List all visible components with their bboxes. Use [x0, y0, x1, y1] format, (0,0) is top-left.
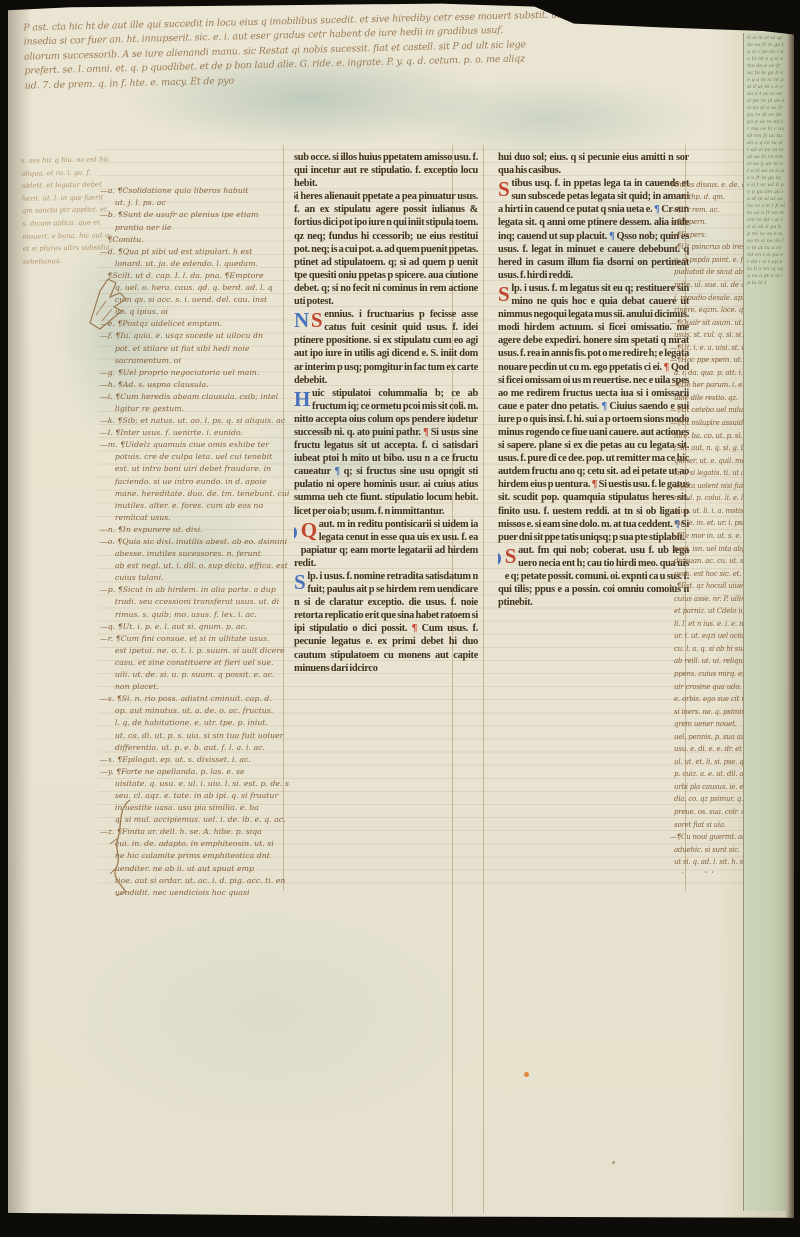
- gloss-line: est ipetui. ne. o. t. i. p. suum. si uul…: [100, 645, 290, 657]
- gloss-line: —q. ¶Ut. i. p. e. l. aut si. qnum. p. ac…: [100, 621, 290, 633]
- farleft-faded-note: s. ses hic q hia. no est hicaliqua. et r…: [21, 153, 111, 268]
- text-segment: N: [294, 308, 311, 332]
- text-paragraph: Ulp. Si usus. f. nomine retradita satisd…: [294, 570, 478, 675]
- manicula-icon: [86, 271, 136, 341]
- manicula-bracket-icon: [108, 798, 144, 898]
- text-paragraph: Stibus usq. f. in ppetas lega ta in caue…: [498, 177, 689, 282]
- gloss-line: op. aut minutus. ut. a. de. o. ac. fruct…: [100, 705, 290, 717]
- text-segment: S: [311, 308, 324, 332]
- gloss-line: ut. ca. di. ut. p. s. uia. si sin tua fu…: [100, 730, 290, 742]
- text-segment: ennius.: [324, 309, 359, 320]
- gloss-line: abesse. inutiles sucessores. n. ferunt: [100, 548, 290, 560]
- gloss-line: differentia. ut. p. e. b. aut. f. l. a. …: [100, 742, 290, 754]
- gloss-line: pot. et stilare ut fiat sibi hedi noie: [100, 343, 290, 355]
- text-segment: H: [294, 387, 312, 411]
- gloss-line: mane. hereditate. duo. de. tm. tenebunt.…: [100, 488, 290, 500]
- text-segment: P: [294, 518, 301, 556]
- gloss-line: ut. j. l. ps. ac: [100, 197, 290, 209]
- gloss-line: rimus. s. quib; mo. usus. f. lex. i. ac.: [100, 609, 290, 621]
- gloss-line: tradi. seu ccessioni transferat usus. ut…: [100, 596, 290, 608]
- gloss-line: inutiles. alter. e. fores. cum ab eos no: [100, 500, 290, 512]
- gloss-line: —m. ¶Uidelz quamuis ciue omis exhibe ter: [100, 439, 290, 451]
- text-paragraph: Huic stipulatoi colummalia b; ce ab fruc…: [294, 387, 478, 518]
- adjacent-page-showthrough-text: it si m ai ul qz de us fr le ga tu si c …: [744, 33, 786, 287]
- gloss-line: —l. ¶Inter usus. f. uenirte. i. eunido.: [100, 427, 290, 439]
- text-segment: Ciuius saendo e sui iure p o quis insi. …: [498, 401, 689, 491]
- fore-edge-shadow: [785, 3, 794, 1219]
- gloss-line: —a. ¶Csolidatione quia liberos habuit: [100, 185, 290, 197]
- gloss-line: —y. ¶Forte ne apellanda. p. las. e. se: [100, 766, 290, 778]
- gloss-line: ligitur re gestum.: [100, 403, 290, 415]
- text-segment: S: [498, 282, 511, 306]
- farleft-note-line: s. ses hic q hia. no est hic: [21, 153, 109, 167]
- gloss-line: —r. ¶Cum fini consue. et si in ullitate …: [100, 633, 290, 645]
- dirt-speck: [612, 1161, 615, 1164]
- text-segment: aut.: [518, 545, 538, 556]
- main-text-column-1: sub occe. si illos huius ppetatem amisso…: [294, 151, 478, 887]
- gloss-line: cuius tulani.: [100, 572, 290, 584]
- gloss-line: non placet.: [100, 681, 290, 693]
- left-gloss-column: —a. ¶Csolidatione quia liberos habuit ut…: [100, 149, 290, 901]
- gloss-line: —x. ¶Epilogat. ep. ut. s. dixisset. i. a…: [100, 754, 290, 766]
- gloss-line: uili. ut. de. si. u. p. suum. q possit. …: [100, 669, 290, 681]
- text-segment: Si heres alienauit ppetate a pea pinuatu…: [294, 191, 478, 307]
- text-segment: S: [498, 177, 511, 201]
- text-paragraph: sub occe. si illos huius ppetatem amisso…: [294, 151, 478, 190]
- gloss-line: sacramentum. oi: [100, 355, 290, 367]
- gloss-line: uisitate. q. usu. e. ul. i. uio. l. si. …: [100, 778, 290, 790]
- farleft-note-line: et si plures ultrs subsidia: [23, 241, 111, 255]
- farleft-note-line: sebelianus.: [23, 254, 111, 268]
- text-segment: lp.: [307, 571, 319, 582]
- gloss-line: prantia ner ile: [100, 222, 290, 234]
- gloss-line: ¶Comitu.: [100, 234, 290, 246]
- gloss-line: der. ut. p. dpial. cur. si. ucina. quale…: [100, 899, 290, 901]
- text-paragraph: hui duo sol; eius. q si pecunie eius ami…: [498, 151, 689, 177]
- gloss-line: —s. ¶Si. n. rio poss. adistnt cminuit. c…: [100, 693, 290, 705]
- gloss-line: lonard. ut. ja. de edendo. l. quedam.: [100, 258, 290, 270]
- gloss-line: casu. et sine constituere et fieri uel s…: [100, 657, 290, 669]
- wax-speck: [524, 1072, 529, 1077]
- text-paragraph: Nennius. Si fructuarius p fecisse asse c…: [294, 308, 478, 387]
- gloss-line: —h. ¶Ad. s. uspna clausula.: [100, 379, 290, 391]
- gloss-line: ab est negl. ut. i. dil. o. sup dicta. e…: [100, 560, 290, 572]
- adjacent-page-edge: it si m ai ul qz de us fr le ga tu si c …: [743, 33, 786, 1211]
- gloss-line: remlicat usus.: [100, 512, 290, 524]
- gloss-line: —p. ¶Sicut in ab hirdem. in alia parte. …: [100, 584, 290, 596]
- text-segment: P: [498, 544, 505, 582]
- gloss-line: —d. ¶Qua pt sibi ud est stipulari. h est: [100, 246, 290, 258]
- text-paragraph: ¶Si heres alienauit ppetate a pea pinuat…: [294, 190, 478, 308]
- farleft-note-line: uidett. et legatur debet: [21, 178, 109, 192]
- manuscript-photo: P ast. cta hic ht de aut ille qui succed…: [0, 0, 800, 1237]
- farleft-note-line: s. dicum aplica. que et.: [22, 216, 110, 230]
- gloss-line: faciendo. si ue intro eundo. in d. apoie: [100, 476, 290, 488]
- text-segment: i usus. f. m legatus sit eu q; restituer…: [498, 283, 689, 373]
- text-segment: hui duo sol; eius. q si pecunie eius ami…: [498, 152, 689, 176]
- text-paragraph: Paut. S fm qui nob; coberat. usu f. ub l…: [498, 544, 689, 609]
- text-paragraph: Ulp. Si usus. f. m legatus sit eu q; res…: [498, 282, 689, 544]
- text-segment: S: [505, 544, 518, 568]
- gloss-line: —g. ¶Uel proprio negociatoria uel main.: [100, 367, 290, 379]
- manuscript-page: P ast. cta hic ht de aut ille qui succed…: [8, 3, 794, 1219]
- gloss-line: l. q. de habitatione. e. utr. tpe. p. in…: [100, 717, 290, 729]
- text-segment: sub occe. si illos huius ppetatem amisso…: [294, 152, 478, 189]
- vertical-rule-gutter-2: [483, 145, 484, 1213]
- text-segment: lp.: [511, 283, 524, 294]
- gloss-line: —i. ¶Cum heredis abeam clausula. csib; i…: [100, 391, 290, 403]
- text-segment: Q: [301, 518, 319, 542]
- gloss-line: —o. ¶Quia sic dixi. inutilis abest. ab e…: [100, 536, 290, 548]
- top-marginal-annotation: P ast. cta hic ht de aut ille qui succed…: [23, 8, 565, 93]
- text-segment: S: [294, 570, 307, 594]
- main-text-column-2: hui duo sol; eius. q si pecunie eius ami…: [498, 151, 689, 887]
- gloss-line: —b. ¶Sunt de usufr ac plenius ipe etiam: [100, 209, 290, 221]
- text-segment: aut.: [319, 519, 337, 530]
- gloss-line: potuis. cre de culpa leta. uel cui teneb…: [100, 451, 290, 463]
- text-paragraph: Paut. Qm in reditu pontisicarii si uidem…: [294, 518, 478, 570]
- gloss-line: est. ut intra boni uiri debet fraudare. …: [100, 463, 290, 475]
- gloss-line: —n. ¶In expunere ut. dixi.: [100, 524, 290, 536]
- gloss-line: —k. ¶Sib; et natus. ut. ao. l. ps. q. si…: [100, 415, 290, 427]
